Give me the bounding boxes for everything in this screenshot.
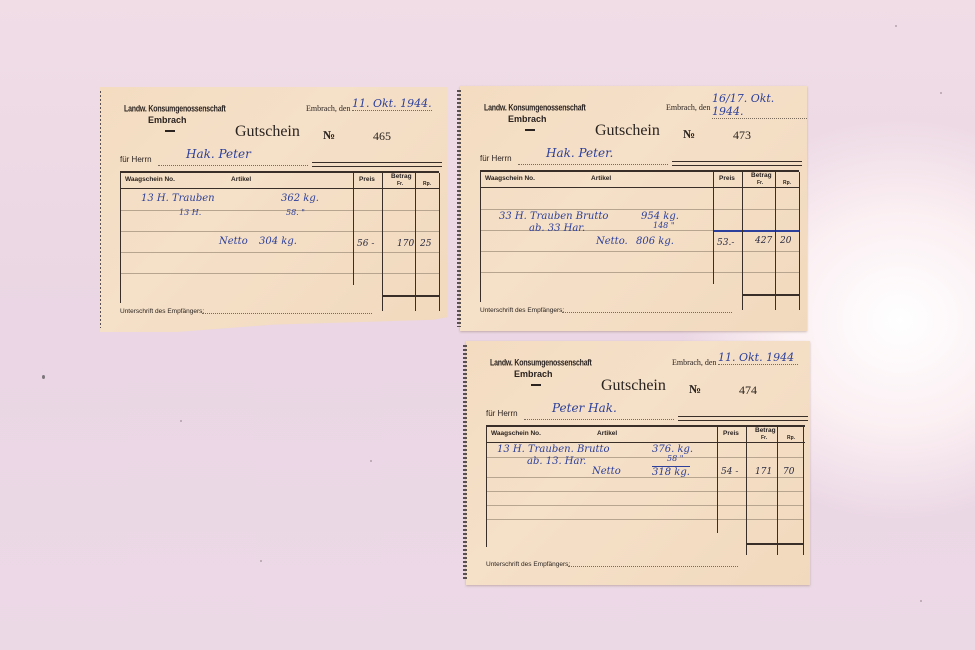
signature-line [202, 313, 372, 314]
recipient-line [524, 419, 674, 420]
column-rappen: Rp. [787, 435, 795, 441]
date-label: Embrach, den [672, 358, 716, 367]
cooperative-name: Landw. Konsumgenossenschaft [484, 104, 586, 113]
dust-speck [180, 420, 182, 422]
recipient-handwritten: Hak. Peter. [546, 146, 613, 160]
row-rule [121, 273, 353, 274]
divider [525, 129, 535, 131]
row-rule [713, 272, 799, 273]
column-amount: Betrag [751, 172, 772, 179]
recipient-label: für Herrn [486, 409, 518, 418]
column-price: Preis [723, 430, 739, 437]
line-article: Netto. [596, 236, 628, 247]
column-amount: Betrag [391, 173, 412, 180]
column-divider [415, 173, 416, 311]
column-article: Artikel [591, 175, 611, 182]
row-rule [717, 477, 803, 478]
date-label: Embrach, den [306, 104, 350, 113]
total-rule [746, 543, 803, 545]
line-article: 33 H. Trauben Brutto [499, 211, 608, 222]
items-table: Waagschein No. Artikel Preis Betrag Fr. … [486, 425, 805, 547]
column-amount: Betrag [755, 427, 776, 434]
column-divider [713, 172, 714, 284]
signature-label: Unterschrift des Empfängers: [120, 308, 204, 315]
row-rule [121, 210, 353, 211]
date-handwritten: 11. Okt. 1944 [718, 351, 798, 365]
dust-speck [260, 560, 262, 562]
line-article: Netto [592, 466, 621, 477]
price-value: 56 - [357, 239, 374, 249]
row-rule [121, 231, 353, 232]
row-rule [353, 231, 439, 232]
amount-rappen: 20 [780, 236, 791, 246]
row-rule [121, 252, 353, 253]
column-weighslip: Waagschein No. [491, 430, 541, 437]
line-article: Netto [219, 236, 248, 247]
items-table: Waagschein No. Artikel Preis Betrag Fr. … [480, 170, 799, 302]
line-weight: 806 kg. [636, 236, 674, 247]
recipient-line [518, 164, 668, 165]
column-divider [803, 427, 804, 555]
voucher-title: Gutschein [235, 123, 300, 141]
row-rule [353, 273, 439, 274]
recipient-label: für Herrn [480, 154, 512, 163]
total-rule [742, 294, 799, 296]
column-price: Preis [359, 176, 375, 183]
voucher-465: Landw. Konsumgenossenschaft Embrach Embr… [100, 87, 447, 332]
voucher-473: Landw. Konsumgenossenschaft Embrach Embr… [460, 86, 807, 331]
column-weighslip: Waagschein No. [125, 176, 175, 183]
amount-rappen: 25 [420, 239, 431, 249]
signature-line [562, 312, 732, 313]
cooperative-town: Embrach [514, 369, 553, 379]
items-table: Waagschein No. Artikel Preis Betrag Fr. … [120, 171, 439, 303]
voucher-number: 465 [373, 129, 391, 144]
line-weight: 58. " [286, 208, 305, 217]
header-rule [672, 161, 802, 166]
number-sign: № [323, 128, 335, 143]
line-article: ab. 13. Har. [527, 456, 586, 467]
date-handwritten: 16/17. Okt. 1944. [712, 92, 807, 119]
column-divider [775, 172, 776, 310]
recipient-line [158, 165, 308, 166]
column-price: Preis [719, 175, 735, 182]
dust-speck [370, 460, 372, 462]
row-rule [481, 230, 713, 231]
amount-francs: 170 [397, 239, 414, 249]
column-divider [746, 427, 747, 555]
price-value: 53.- [717, 238, 734, 248]
dust-speck [42, 375, 45, 379]
divider [531, 384, 541, 386]
header-divider [487, 442, 805, 443]
line-weight: 58 " [667, 454, 683, 463]
voucher-number: 474 [739, 383, 757, 398]
divider [165, 130, 175, 132]
dust-speck [920, 600, 922, 602]
header-rule [678, 416, 808, 421]
signature-label: Unterschrift des Empfängers: [486, 561, 570, 568]
header-rule [312, 162, 442, 167]
row-rule [487, 491, 717, 492]
row-rule [717, 519, 803, 520]
row-rule [713, 209, 799, 210]
header-divider [481, 187, 799, 188]
dust-speck [895, 25, 897, 27]
row-rule [717, 491, 803, 492]
line-weight: 362 kg. [281, 193, 319, 204]
voucher-title: Gutschein [595, 122, 660, 140]
column-divider [742, 172, 743, 310]
row-rule [481, 209, 713, 210]
row-rule [481, 251, 713, 252]
row-rule [713, 251, 799, 252]
date-label: Embrach, den [666, 103, 710, 112]
recipient-label: für Herrn [120, 155, 152, 164]
column-article: Artikel [597, 430, 617, 437]
line-article: 13 H. Trauben. Brutto [497, 444, 610, 455]
row-rule [487, 519, 717, 520]
column-divider [439, 173, 440, 311]
amount-francs: 427 [755, 236, 772, 246]
column-francs: Fr. [397, 181, 403, 187]
line-article: 13 H. [179, 208, 201, 217]
amount-francs: 171 [755, 467, 772, 477]
line-weight: 148 " [653, 221, 675, 230]
column-divider [777, 427, 778, 555]
date-handwritten: 11. Okt. 1944. [352, 97, 432, 111]
row-rule [487, 505, 717, 506]
line-weight: 318 kg. [652, 466, 690, 478]
column-divider [717, 427, 718, 533]
column-divider [799, 172, 800, 310]
cooperative-name: Landw. Konsumgenossenschaft [124, 105, 226, 114]
number-sign: № [689, 382, 701, 397]
column-article: Artikel [231, 176, 251, 183]
line-article: 13 H. Trauben [141, 193, 215, 204]
header-divider [121, 188, 439, 189]
voucher-474: Landw. Konsumgenossenschaft Embrach Embr… [466, 341, 810, 585]
column-rappen: Rp. [783, 180, 791, 186]
column-weighslip: Waagschein No. [485, 175, 535, 182]
column-francs: Fr. [757, 180, 763, 186]
cooperative-town: Embrach [508, 114, 547, 124]
cooperative-name: Landw. Konsumgenossenschaft [490, 359, 592, 368]
row-rule [717, 505, 803, 506]
total-rule [382, 295, 439, 297]
signature-line [568, 566, 738, 567]
line-weight: 304 kg. [259, 236, 297, 247]
recipient-handwritten: Peter Hak. [552, 401, 617, 415]
voucher-number: 473 [733, 128, 751, 143]
column-divider [382, 173, 383, 311]
row-rule [353, 210, 439, 211]
amount-rappen: 70 [783, 467, 794, 477]
column-francs: Fr. [761, 435, 767, 441]
line-article: ab. 33 Har. [529, 223, 585, 234]
dust-speck [940, 92, 942, 94]
number-sign: № [683, 127, 695, 142]
column-divider [353, 173, 354, 285]
cooperative-town: Embrach [148, 115, 187, 125]
recipient-handwritten: Hak. Peter [186, 147, 251, 161]
row-rule [353, 252, 439, 253]
signature-label: Unterschrift des Empfängers: [480, 307, 564, 314]
column-rappen: Rp. [423, 181, 431, 187]
price-value: 54 - [721, 467, 738, 477]
ink-underline [713, 230, 799, 232]
row-rule [717, 457, 803, 458]
row-rule [481, 272, 713, 273]
voucher-title: Gutschein [601, 377, 666, 395]
